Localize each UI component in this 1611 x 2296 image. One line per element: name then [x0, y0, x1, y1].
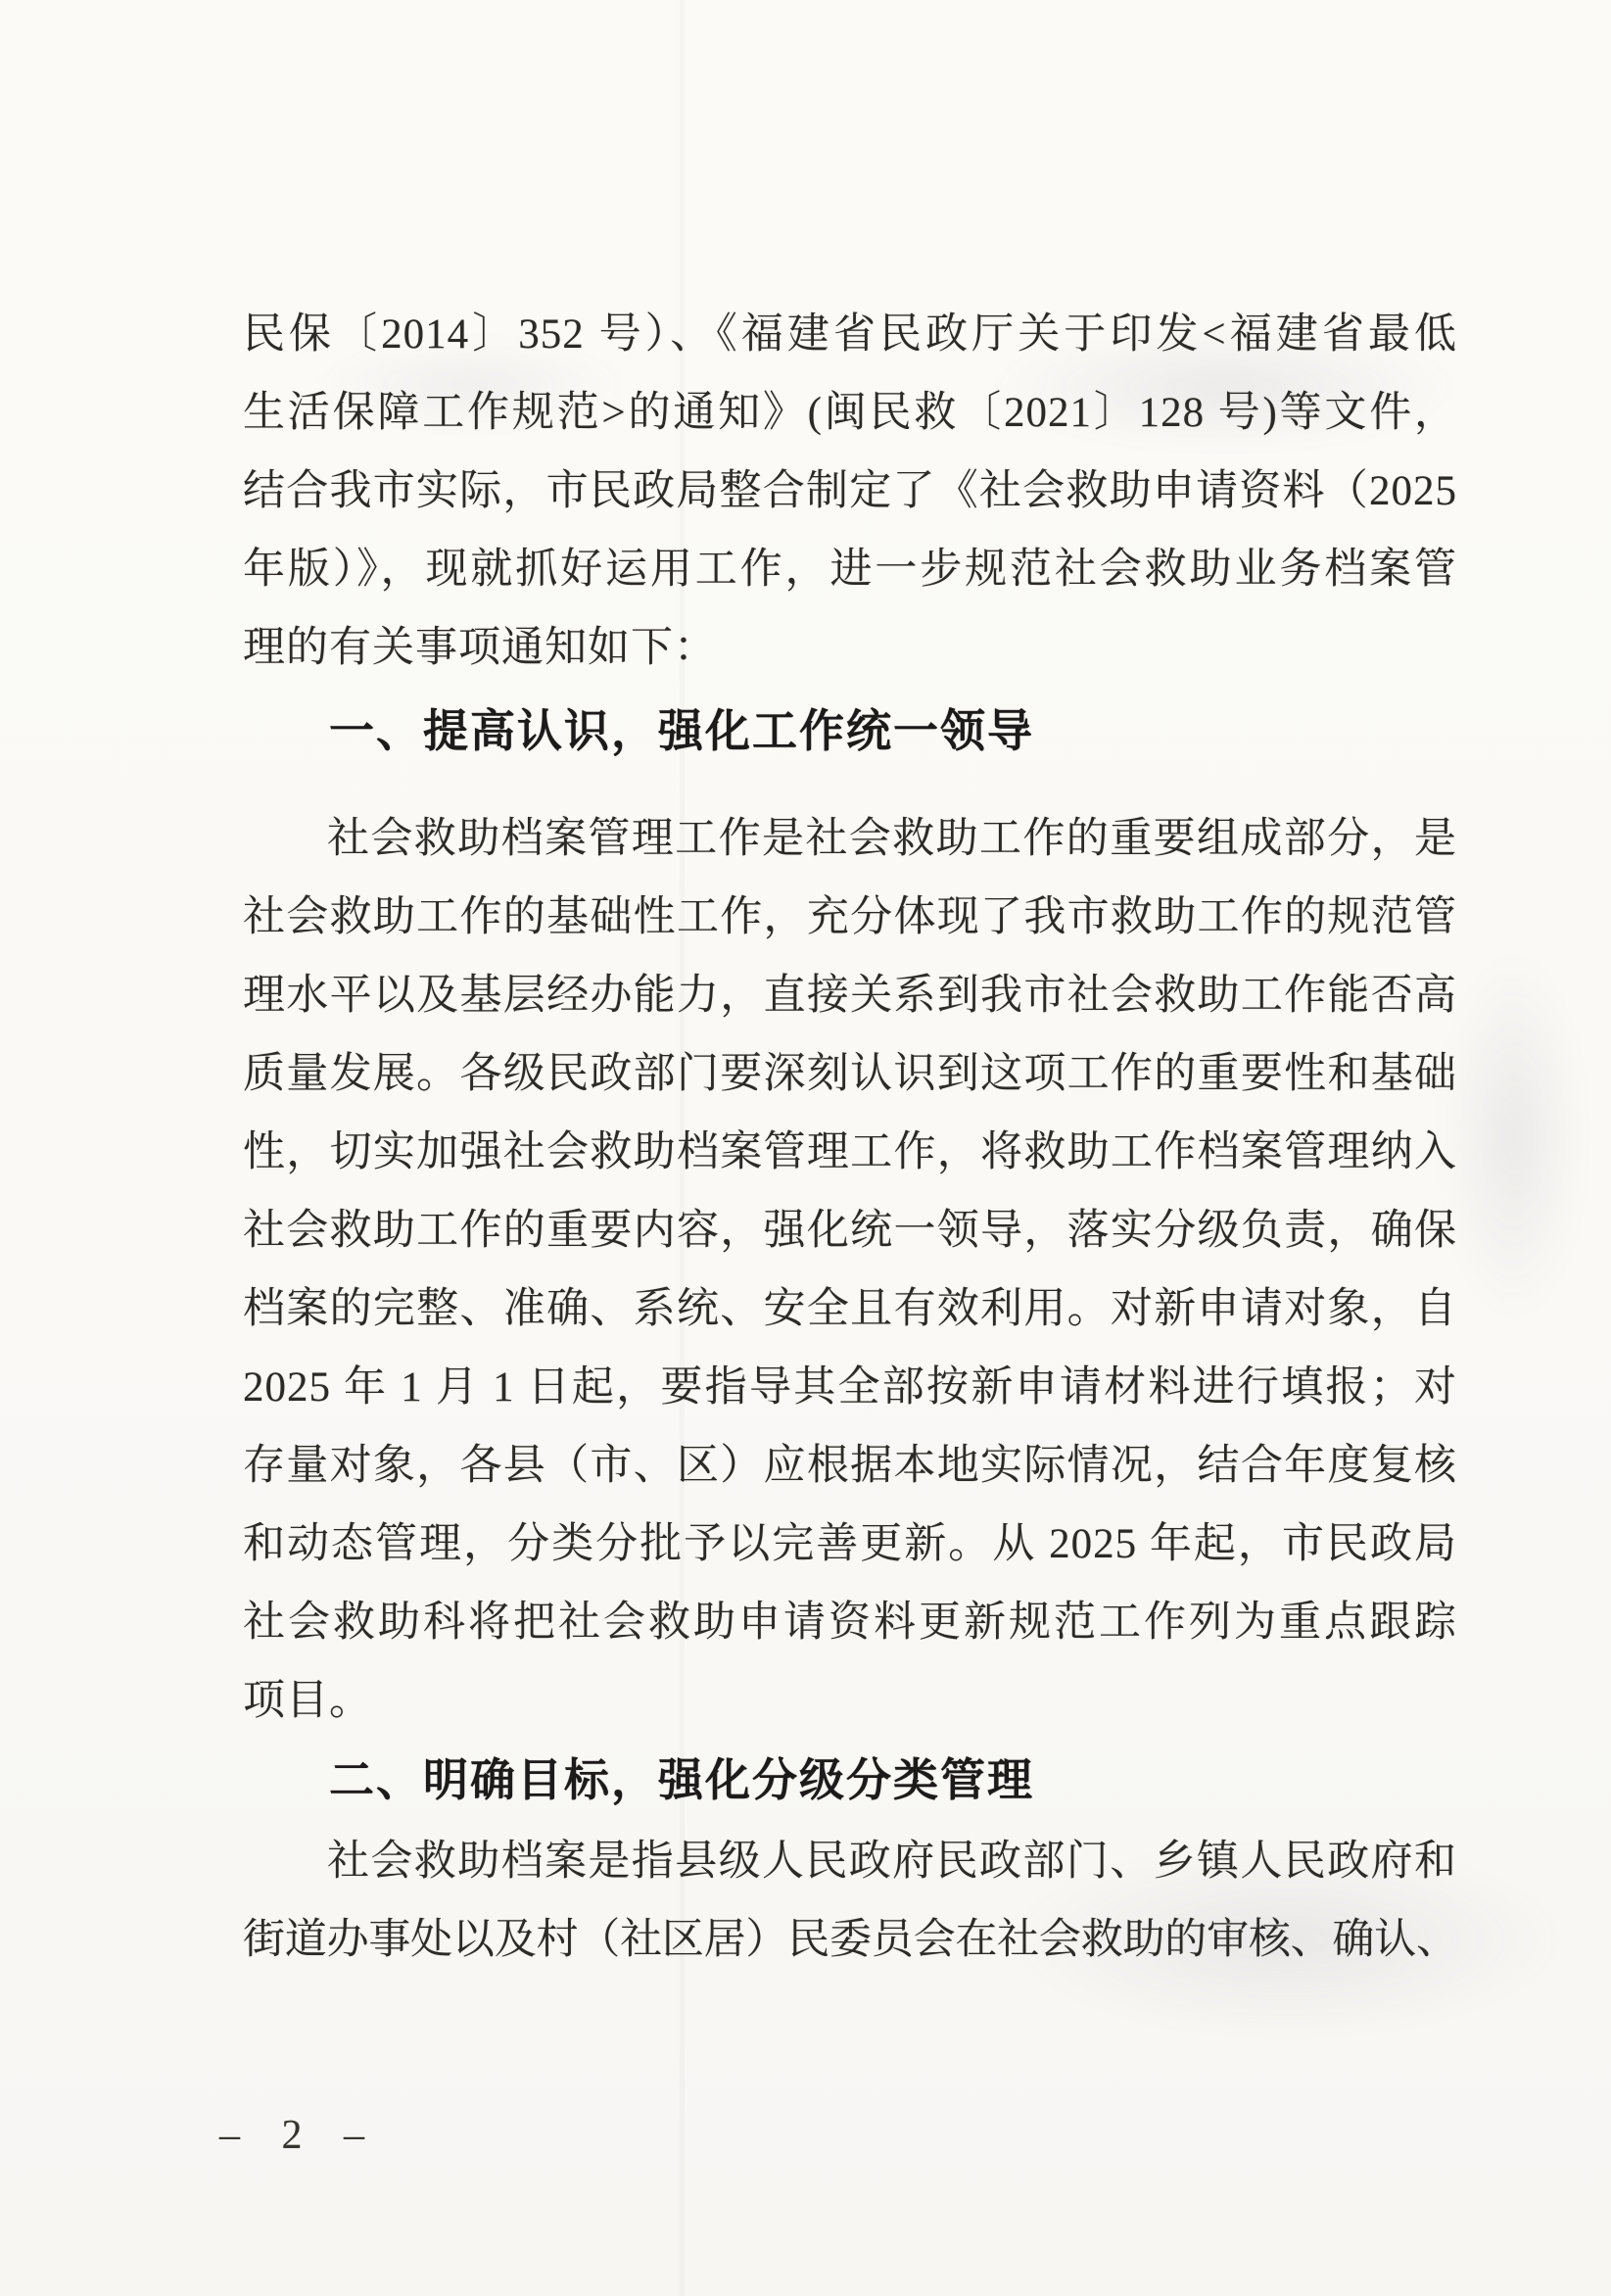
text-line: 社会救助档案是指县级人民政府民政部门、乡镇人民政府和	[243, 1823, 1457, 1901]
page-number: – 2 –	[219, 2114, 380, 2157]
section1-paragraph: 社会救助档案管理工作是社会救助工作的重要组成部分，是 社会救助工作的基础性工作，…	[243, 800, 1457, 1741]
bleed-through-artifact	[1440, 950, 1587, 1322]
text-line: 理水平以及基层经办能力，直接关系到我市社会救助工作能否高	[243, 957, 1457, 1035]
intro-paragraph: 民保〔2014〕352 号）、《福建省民政厅关于印发<福建省最低 生活保障工作规…	[243, 296, 1457, 688]
section1-heading: 一、提高认识，强化工作统一领导	[243, 692, 1457, 770]
section2-heading: 二、明确目标，强化分级分类管理	[243, 1741, 1457, 1819]
text-line: 年版）》，现就抓好运用工作，进一步规范社会救助业务档案管	[243, 531, 1457, 609]
text-line: 结合我市实际，市民政局整合制定了《社会救助申请资料（2025	[243, 453, 1457, 531]
text-line: 2025 年 1 月 1 日起，要指导其全部按新申请材料进行填报；对	[243, 1349, 1457, 1427]
text-line: 社会救助科将把社会救助申请资料更新规范工作列为重点跟踪	[243, 1584, 1457, 1662]
text-line: 理的有关事项通知如下：	[243, 609, 1457, 688]
text-line: 社会救助工作的重要内容，强化统一领导，落实分级负责，确保	[243, 1192, 1457, 1270]
text-line: 生活保障工作规范>的通知》(闽民救〔2021〕128 号)等文件，	[243, 374, 1457, 453]
text-line: 和动态管理，分类分批予以完善更新。从 2025 年起，市民政局	[243, 1506, 1457, 1584]
text-line: 项目。	[243, 1662, 1457, 1741]
scanned-document-page: 民保〔2014〕352 号）、《福建省民政厅关于印发<福建省最低 生活保障工作规…	[0, 0, 1611, 2296]
text-line: 民保〔2014〕352 号）、《福建省民政厅关于印发<福建省最低	[243, 296, 1457, 374]
document-body: 民保〔2014〕352 号）、《福建省民政厅关于印发<福建省最低 生活保障工作规…	[243, 296, 1457, 1980]
section2-paragraph: 社会救助档案是指县级人民政府民政部门、乡镇人民政府和 街道办事处以及村（社区居）…	[243, 1823, 1457, 1980]
text-line: 质量发展。各级民政部门要深刻认识到这项工作的重要性和基础	[243, 1035, 1457, 1114]
text-line: 街道办事处以及村（社区居）民委员会在社会救助的审核、确认、	[243, 1901, 1457, 1980]
text-line: 社会救助档案管理工作是社会救助工作的重要组成部分，是	[243, 800, 1457, 879]
text-line: 存量对象，各县（市、区）应根据本地实际情况，结合年度复核	[243, 1427, 1457, 1506]
text-line: 社会救助工作的基础性工作，充分体现了我市救助工作的规范管	[243, 879, 1457, 957]
text-line: 性，切实加强社会救助档案管理工作，将救助工作档案管理纳入	[243, 1114, 1457, 1192]
text-line: 档案的完整、准确、系统、安全且有效利用。对新申请对象，自	[243, 1270, 1457, 1349]
